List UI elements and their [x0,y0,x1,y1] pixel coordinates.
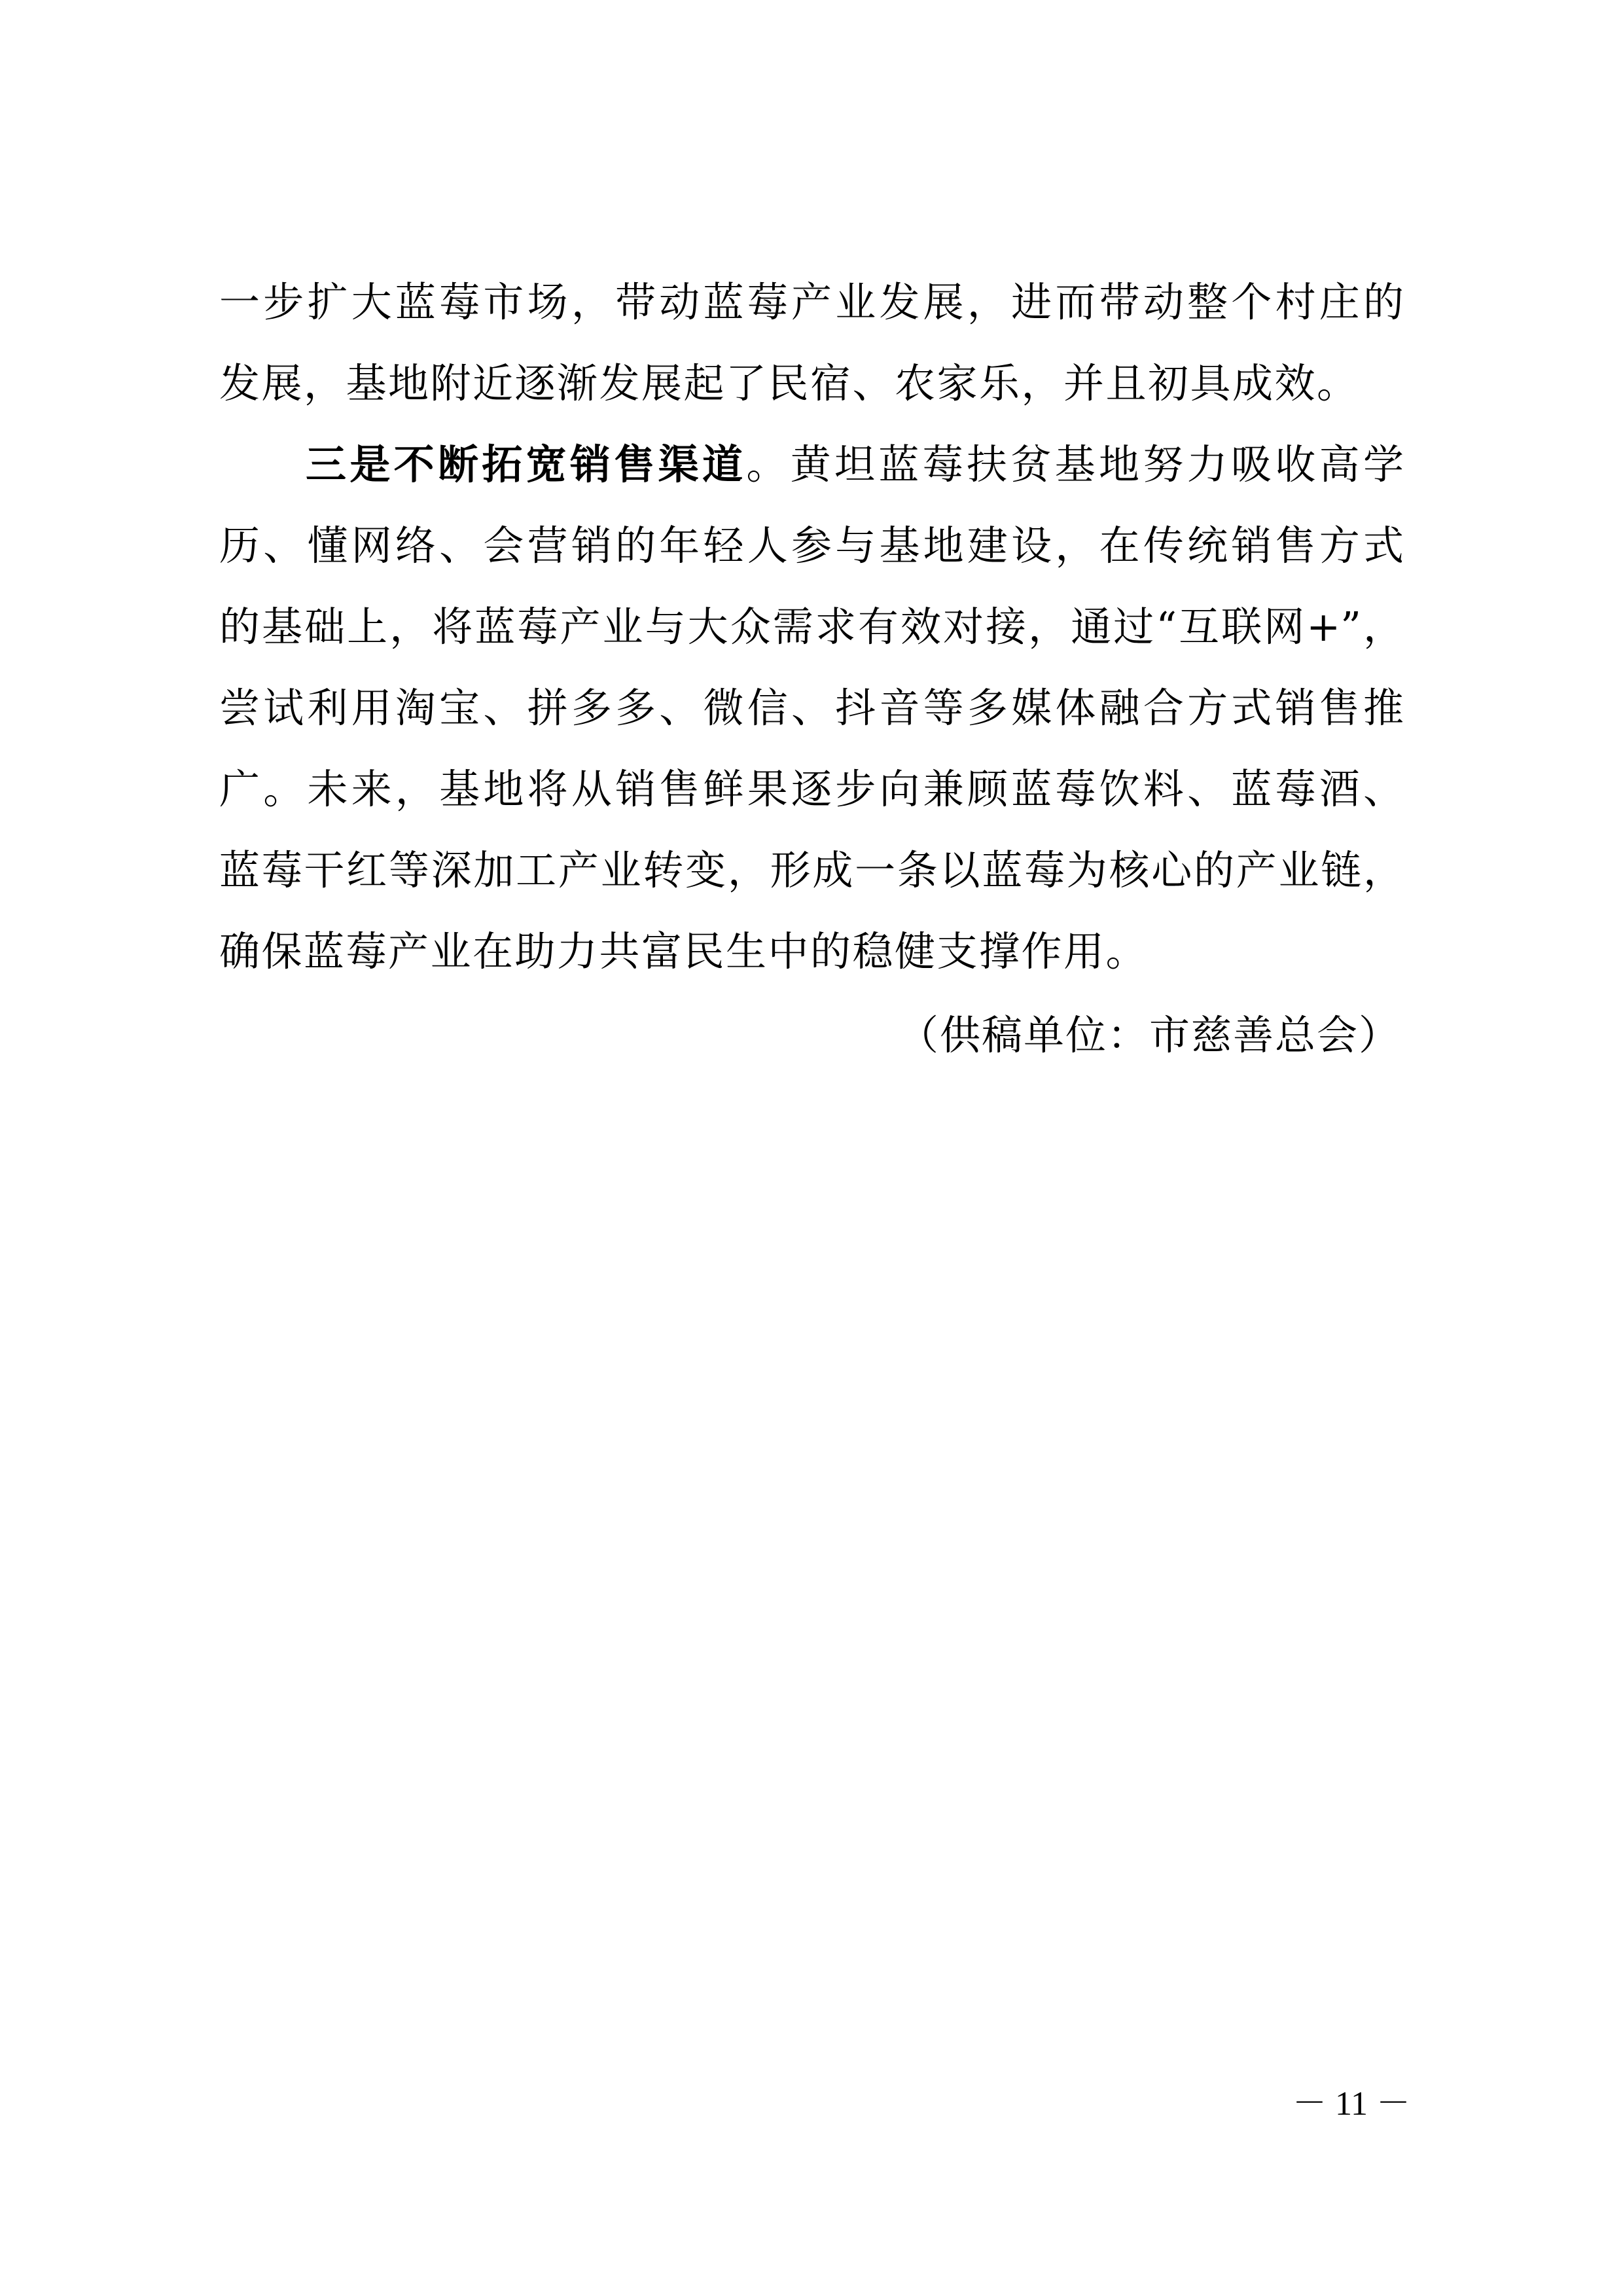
heading-punctuation: 。 [746,440,790,488]
source-attribution: （供稿单位：市慈善总会） [898,995,1400,1076]
paragraph-three-line-3: 的基础上，将蓝莓产业与大众需求有效对接，通过“互联网+”， [219,586,1404,668]
paragraph-three-first-line: 三是不断拓宽销售渠道。黄坦蓝莓扶贫基地努力吸收高学 [306,424,1404,505]
paragraph-three-line-7: 确保蓝莓产业在助力共富民生中的稳健支撑作用。 [219,911,1404,992]
document-page: 一步扩大蓝莓市场，带动蓝莓产业发展，进而带动整个村庄的 发展，基地附近逐渐发展起… [0,0,1623,2296]
section-heading: 三是不断拓宽销售渠道 [306,440,746,488]
paragraph-three-line-5: 广。未来，基地将从销售鲜果逐步向兼顾蓝莓饮料、蓝莓酒、 [219,749,1404,830]
paragraph-three-line-6: 蓝莓干红等深加工产业转变，形成一条以蓝莓为核心的产业链， [219,830,1404,911]
paragraph-three-line-1-rest: 黄坦蓝莓扶贫基地努力吸收高学 [791,440,1404,488]
paragraph-line-2: 发展，基地附近逐渐发展起了民宿、农家乐，并且初具成效。 [219,343,1404,424]
page-number: － 11 － [1289,2081,1414,2127]
paragraph-three-line-4: 尝试利用淘宝、拼多多、微信、抖音等多媒体融合方式销售推 [219,668,1404,749]
paragraph-line-1: 一步扩大蓝莓市场，带动蓝莓产业发展，进而带动整个村庄的 [219,262,1404,343]
paragraph-three-line-2: 历、懂网络、会营销的年轻人参与基地建设，在传统销售方式 [219,505,1404,586]
